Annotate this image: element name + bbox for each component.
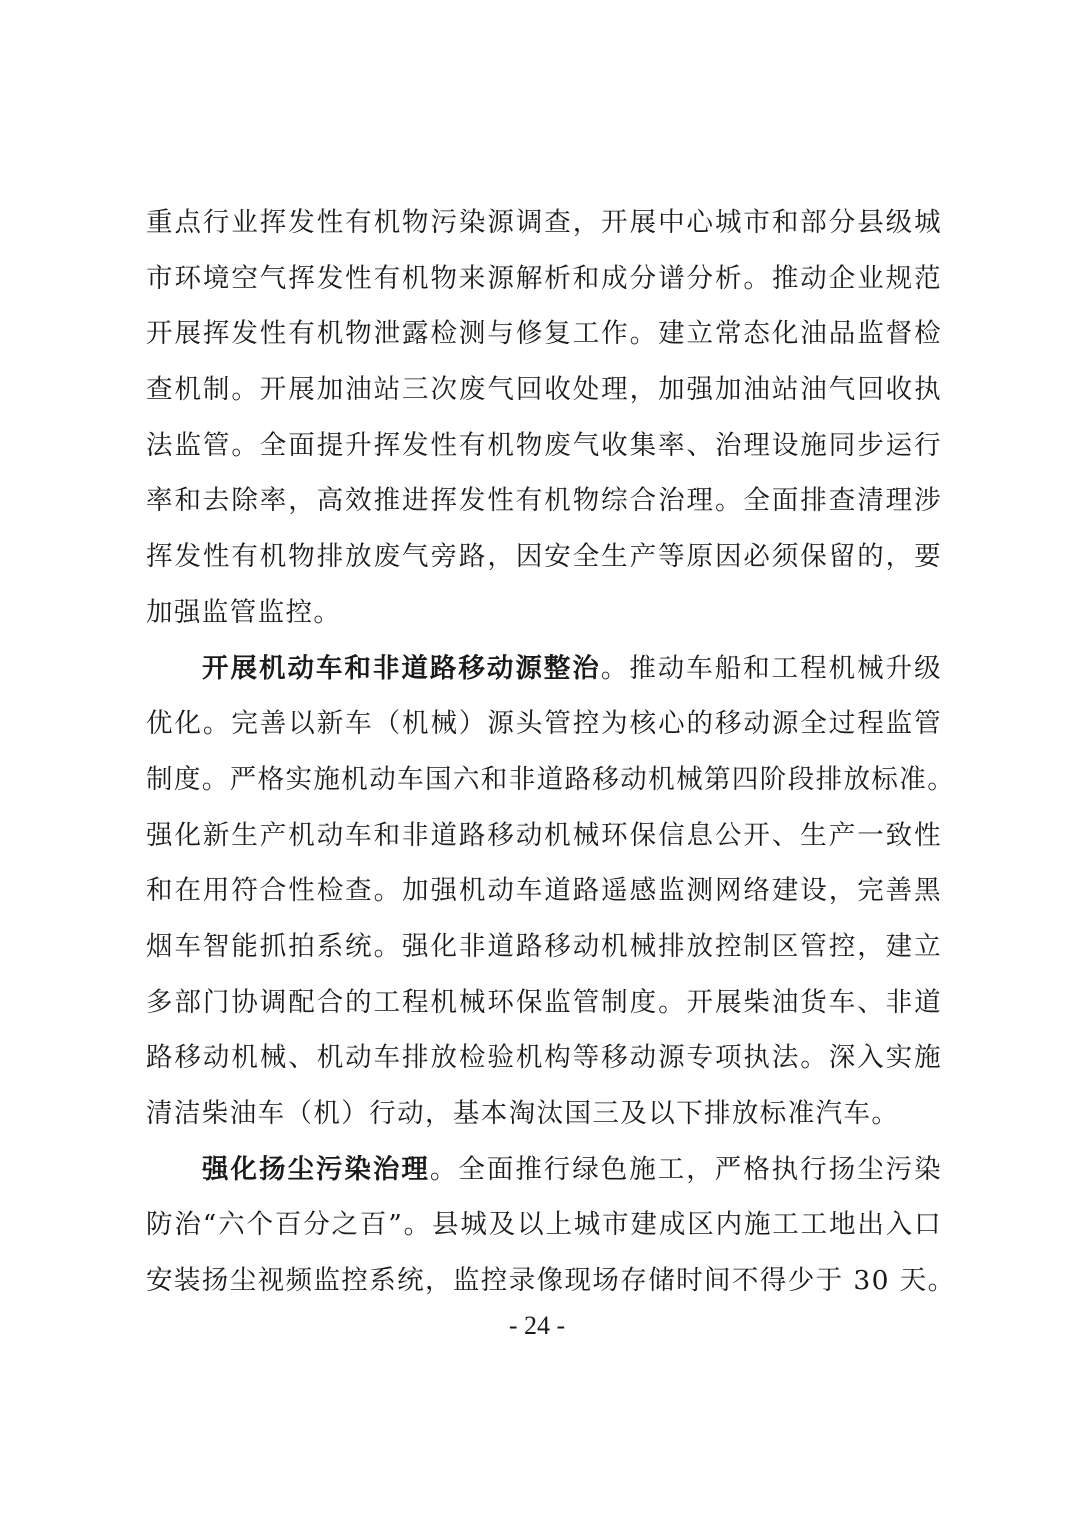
text-span: 。推动车船和工程机械升级 bbox=[601, 653, 942, 684]
text-span: 。全面推行绿色施工，严格执行扬尘污染 bbox=[430, 1154, 942, 1185]
text-line: 查机制。开展加油站三次废气回收处理，加强加油站油气回收执 bbox=[146, 362, 942, 418]
text-line: 法监管。全面提升挥发性有机物废气收集率、治理设施同步运行 bbox=[146, 418, 942, 474]
text-line: 市环境空气挥发性有机物来源解析和成分谱分析。推动企业规范 bbox=[146, 251, 942, 307]
text-line: 制度。严格实施机动车国六和非道路移动机械第四阶段排放标准。 bbox=[146, 752, 942, 808]
text-line: 率和去除率，高效推进挥发性有机物综合治理。全面排查清理涉 bbox=[146, 473, 942, 529]
text-line: 开展挥发性有机物泄露检测与修复工作。建立常态化油品监督检 bbox=[146, 306, 942, 362]
text-line: 和在用符合性检查。加强机动车道路遥感监测网络建设，完善黑 bbox=[146, 863, 942, 919]
section-heading-dust-control: 强化扬尘污染治理 bbox=[202, 1154, 430, 1185]
text-line: 优化。完善以新车（机械）源头管控为核心的移动源全过程监管 bbox=[146, 696, 942, 752]
text-line: 烟车智能抓拍系统。强化非道路移动机械排放控制区管控，建立 bbox=[146, 919, 942, 975]
paragraph-first-line: 强化扬尘污染治理。全面推行绿色施工，严格执行扬尘污染 bbox=[146, 1142, 942, 1198]
document-page: 重点行业挥发性有机物污染源调查，开展中心城市和部分县级城 市环境空气挥发性有机物… bbox=[146, 195, 942, 1309]
text-line: 防治“六个百分之百”。县城及以上城市建成区内施工工地出入口 bbox=[146, 1197, 942, 1253]
text-line: 路移动机械、机动车排放检验机构等移动源专项执法。深入实施 bbox=[146, 1030, 942, 1086]
text-line: 挥发性有机物排放废气旁路，因安全生产等原因必须保留的，要 bbox=[146, 529, 942, 585]
text-line: 重点行业挥发性有机物污染源调查，开展中心城市和部分县级城 bbox=[146, 195, 942, 251]
paragraph-first-line: 开展机动车和非道路移动源整治。推动车船和工程机械升级 bbox=[146, 641, 942, 697]
text-line: 安装扬尘视频监控系统，监控录像现场存储时间不得少于 30 天。 bbox=[146, 1253, 942, 1309]
section-heading-vehicle-emissions: 开展机动车和非道路移动源整治 bbox=[202, 653, 601, 684]
text-line: 加强监管监控。 bbox=[146, 585, 942, 641]
text-line: 多部门协调配合的工程机械环保监管制度。开展柴油货车、非道 bbox=[146, 975, 942, 1031]
text-line: 清洁柴油车（机）行动，基本淘汰国三及以下排放标准汽车。 bbox=[146, 1086, 942, 1142]
page-number: - 24 - bbox=[0, 1311, 1074, 1341]
text-line: 强化新生产机动车和非道路移动机械环保信息公开、生产一致性 bbox=[146, 808, 942, 864]
